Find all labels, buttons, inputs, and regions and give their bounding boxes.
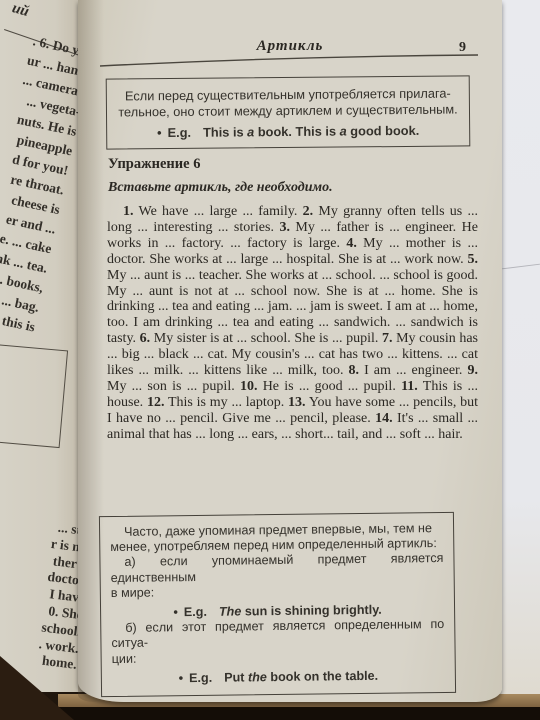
- exercise-text: 1. We have ... large ... family. 2. My g…: [107, 204, 478, 443]
- grammar-note-bottom: Часто, даже упоминая предмет впервые, мы…: [99, 512, 456, 697]
- note-bottom-example-b: •E.g.Put the book on the table.: [112, 668, 445, 687]
- table-surface: [0, 707, 540, 720]
- note-bottom-item-a: а) если упоминаемый предмет является еди…: [110, 551, 444, 601]
- book-photo: ий . 6. Do youur ... hand.... camera?...…: [0, 0, 540, 720]
- example-label: E.g.: [189, 671, 212, 685]
- note-bottom-intro: Часто, даже упоминая предмет впервые, мы…: [110, 521, 443, 555]
- example-sentence: This is a book. This is a good book.: [203, 123, 419, 140]
- bullet-icon: •: [179, 671, 184, 685]
- note-bottom-item-b: б) если этот предмет является определенн…: [111, 617, 445, 667]
- exercise-instruction: Вставьте артикль, где необходимо.: [108, 180, 333, 196]
- left-page-empty-frame: [0, 342, 68, 448]
- example-sentence: The sun is shining brightly.: [219, 603, 382, 619]
- grammar-note-top: Если перед существительным употребляется…: [106, 75, 471, 149]
- underlying-white-pages: [498, 0, 540, 712]
- left-page-running-head: ий: [10, 0, 31, 21]
- running-head-title: Артикль: [78, 38, 502, 55]
- page-edge-line: [502, 264, 540, 270]
- header-rule: [98, 54, 480, 68]
- example-label: E.g.: [168, 125, 192, 140]
- right-page: Артикль 9 Если перед существительным упо…: [78, 0, 502, 702]
- example-sentence: Put the book on the table.: [224, 669, 378, 685]
- example-label: E.g.: [184, 605, 207, 619]
- exercise-heading: Упражнение 6: [108, 156, 200, 173]
- bullet-icon: •: [173, 605, 178, 619]
- note-top-example: •E.g.This is a book. This is a good book…: [117, 123, 459, 142]
- bullet-icon: •: [157, 125, 162, 140]
- note-top-text: Если перед существительным употребляется…: [117, 86, 459, 121]
